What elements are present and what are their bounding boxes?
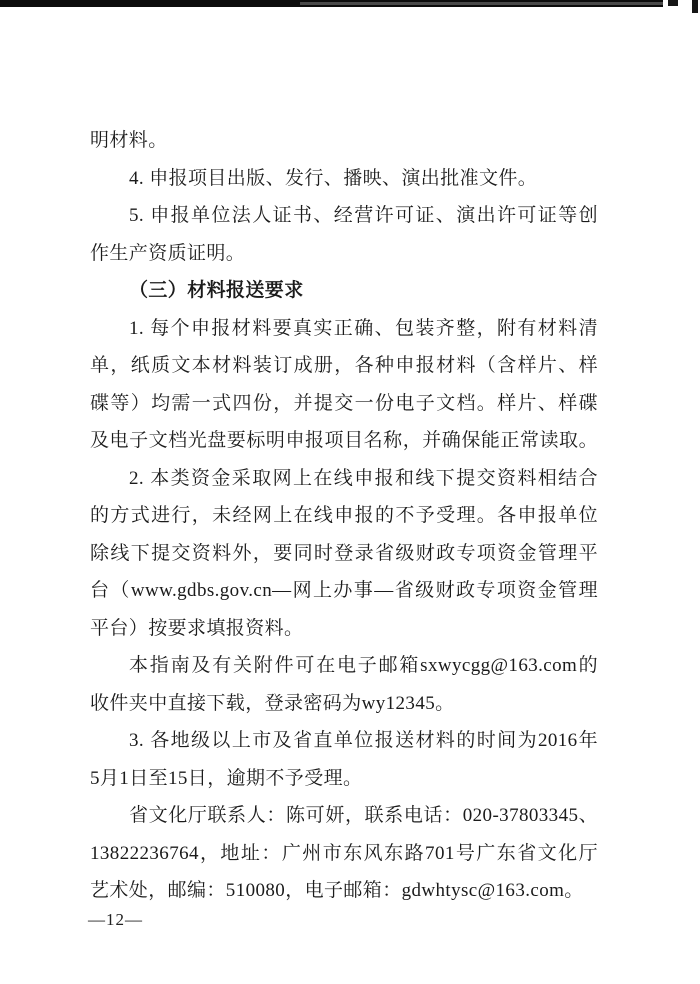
text-line: 明材料。 (90, 122, 598, 160)
text-line: 5. 申报单位法人证书、经营许可证、演出许可证等创 (90, 197, 598, 235)
document-body: 明材料。4. 申报项目出版、发行、播映、演出批准文件。5. 申报单位法人证书、经… (90, 122, 598, 910)
text-line: 4. 申报项目出版、发行、播映、演出批准文件。 (90, 160, 598, 198)
text-line: 艺术处，邮编：510080，电子邮箱：gdwhtysc@163.com。 (90, 872, 598, 910)
text-line: 的方式进行，未经网上在线申报的不予受理。各申报单位 (90, 497, 598, 535)
text-line: 2. 本类资金采取网上在线申报和线下提交资料相结合 (90, 460, 598, 498)
page-number: —12— (88, 910, 143, 930)
text-line: 碟等）均需一式四份，并提交一份电子文档。样片、样碟 (90, 385, 598, 423)
text-line: 及电子文档光盘要标明申报项目名称，并确保能正常读取。 (90, 422, 598, 460)
text-line: （三）材料报送要求 (90, 272, 598, 310)
scan-artifact-mark (692, 0, 698, 13)
scan-artifact-top-bar (0, 0, 663, 7)
text-line: 作生产资质证明。 (90, 235, 598, 273)
document-page: 明材料。4. 申报项目出版、发行、播映、演出批准文件。5. 申报单位法人证书、经… (0, 0, 700, 984)
text-line: 本指南及有关附件可在电子邮箱sxwycgg@163.com的 (90, 647, 598, 685)
text-line: 收件夹中直接下载，登录密码为wy12345。 (90, 685, 598, 723)
scan-artifact-mark (668, 0, 678, 6)
text-line: 台（www.gdbs.gov.cn—网上办事—省级财政专项资金管理 (90, 572, 598, 610)
text-line: 省文化厅联系人：陈可妍，联系电话：020-37803345、 (90, 797, 598, 835)
text-line: 13822236764，地址：广州市东风东路701号广东省文化厅 (90, 835, 598, 873)
text-line: 3. 各地级以上市及省直单位报送材料的时间为2016年 (90, 722, 598, 760)
text-line: 平台）按要求填报资料。 (90, 610, 598, 648)
text-line: 单，纸质文本材料装订成册，各种申报材料（含样片、样 (90, 347, 598, 385)
text-line: 5月1日至15日，逾期不予受理。 (90, 760, 598, 798)
text-line: 1. 每个申报材料要真实正确、包装齐整，附有材料清 (90, 310, 598, 348)
text-line: 除线下提交资料外，要同时登录省级财政专项资金管理平 (90, 535, 598, 573)
scan-artifact-top-bar-fade (300, 2, 663, 5)
